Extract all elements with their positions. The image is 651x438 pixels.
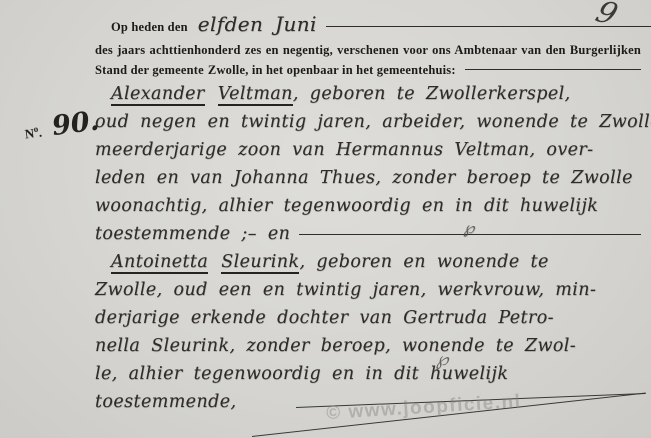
groom-line-2: oud negen en twintig jaren, arbeider, wo… [95,112,641,132]
groom-line-4: leden en van Johanna Thues, zonder beroe… [95,168,641,188]
header-date-line: Op heden den elfden Juni [95,12,651,36]
blank-fill-rule [465,69,641,70]
watermark: © www.joopficie.nl [326,383,651,425]
groom-last-name: Veltman [218,84,293,106]
printed-stand-suffix: , in het openbaar in het gemeentehuis: [245,63,456,78]
groom-line-3: meerderjarige zoon van Hermannus Veltman… [95,140,641,160]
act-number-block: No. 90. [22,106,100,146]
pen-flourish-icon: ℘ [436,349,449,370]
number-label-dot: . [38,125,43,140]
groom-first-name: Alexander [111,84,205,106]
printed-year-line: des jaars achttienhonderd zes en negenti… [95,43,641,58]
bride-line1-rest: , geboren en wonende te [299,252,548,272]
printed-stand-prefix: Stand der gemeente [95,63,204,78]
bride-line-5: le, alhier tegenwoordig en in dit huweli… [95,364,641,384]
document-page: 9 No. 90. Op heden den elfden Juni des j… [0,0,651,438]
groom-consent-text: toestemmende ;– en [95,224,290,244]
printed-opening-text: Op heden den [111,20,188,35]
municipality-name: Zwolle [208,63,245,78]
groom-name-line: AlexanderVeltman, geboren te Zwollerkers… [95,84,651,104]
blank-fill-rule: ℘ [299,234,641,235]
groom-line-5: woonachtig, alhier tegenwoordig en in di… [95,196,641,216]
groom-line-6: toestemmende ;– en ℘ [95,224,641,244]
number-label: No. [24,125,43,142]
groom-line1-rest: , geboren te Zwollerkerspel, [293,84,571,104]
bride-line-4: nella Sleurink, zonder beroep, wonende t… [95,336,641,356]
blank-fill-rule [326,26,651,27]
bride-name-line: AntoinettaSleurink, geboren en wonende t… [95,252,651,272]
bride-line-2: Zwolle, oud een en twintig jaren, werkvr… [95,280,641,300]
bride-first-name: Antoinetta [111,252,208,274]
act-number: 90. [50,106,100,142]
pen-flourish-icon: ℘ [463,218,475,237]
handwritten-date: elfden Juni [198,12,317,36]
printed-municipality-line: Stand der gemeente Zwolle , in het openb… [95,63,641,78]
bride-last-name: Sleurink [221,252,299,274]
bride-line-3: derjarige erkende dochter van Gertruda P… [95,308,641,328]
